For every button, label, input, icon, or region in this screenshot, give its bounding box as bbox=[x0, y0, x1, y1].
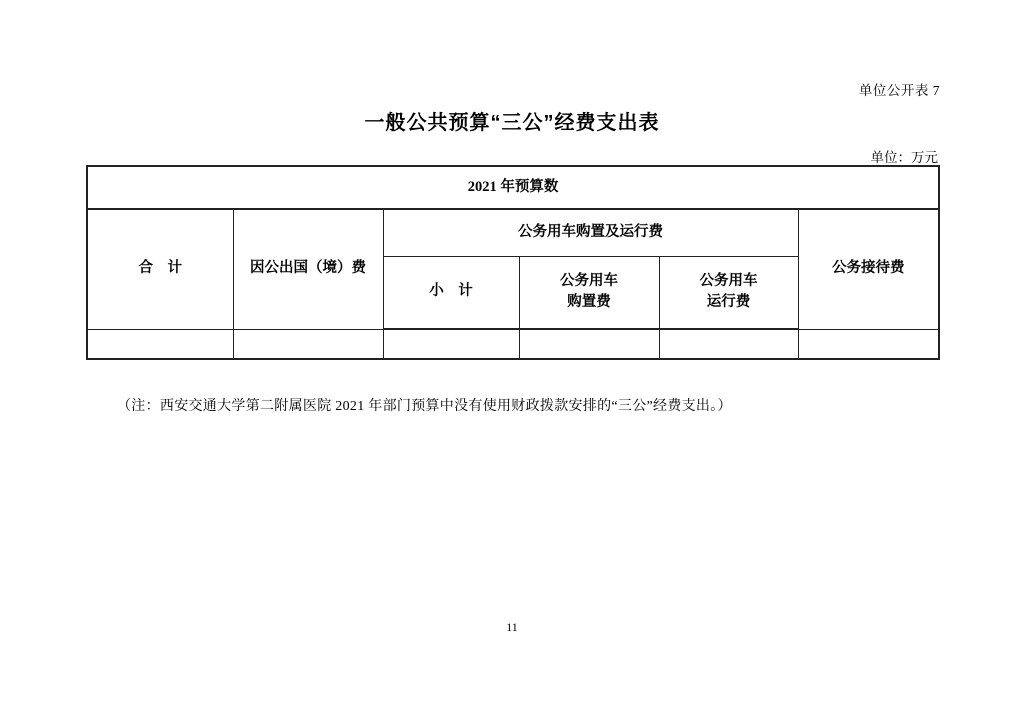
doc-label: 单位公开表 7 bbox=[859, 79, 940, 99]
col-header-vehicle-operation: 公务用车 运行费 bbox=[659, 256, 798, 329]
data-cell-vehicle-operation bbox=[659, 329, 798, 359]
footnote: （注：西安交通大学第二附属医院 2021 年部门预算中没有使用财政拨款安排的“三… bbox=[117, 395, 732, 415]
table-row-year: 2021 年预算数 bbox=[87, 166, 939, 209]
budget-table: 2021 年预算数 合 计 因公出国（境）费 公务用车购置及运行费 公务接待费 … bbox=[86, 165, 940, 360]
document-page: 单位公开表 7 一般公共预算“三公”经费支出表 单位：万元 2021 年预算数 … bbox=[0, 0, 1024, 724]
table-row-data bbox=[87, 329, 939, 359]
data-cell-vehicle-subtotal bbox=[383, 329, 519, 359]
data-cell-reception bbox=[798, 329, 939, 359]
col-header-vehicle-subtotal: 小 计 bbox=[383, 256, 519, 329]
col-header-reception: 公务接待费 bbox=[798, 209, 939, 329]
data-cell-total bbox=[87, 329, 233, 359]
col-header-vehicle-group: 公务用车购置及运行费 bbox=[383, 209, 798, 256]
unit-label: 单位：万元 bbox=[871, 146, 939, 166]
col-header-abroad: 因公出国（境）费 bbox=[233, 209, 383, 329]
data-cell-abroad bbox=[233, 329, 383, 359]
year-header-cell: 2021 年预算数 bbox=[87, 166, 939, 209]
page-number: 11 bbox=[0, 620, 1024, 635]
col-header-total: 合 计 bbox=[87, 209, 233, 329]
col-header-vehicle-purchase: 公务用车 购置费 bbox=[519, 256, 659, 329]
data-cell-vehicle-purchase bbox=[519, 329, 659, 359]
table-row-group-header: 合 计 因公出国（境）费 公务用车购置及运行费 公务接待费 bbox=[87, 209, 939, 256]
page-title: 一般公共预算“三公”经费支出表 bbox=[0, 106, 1024, 135]
